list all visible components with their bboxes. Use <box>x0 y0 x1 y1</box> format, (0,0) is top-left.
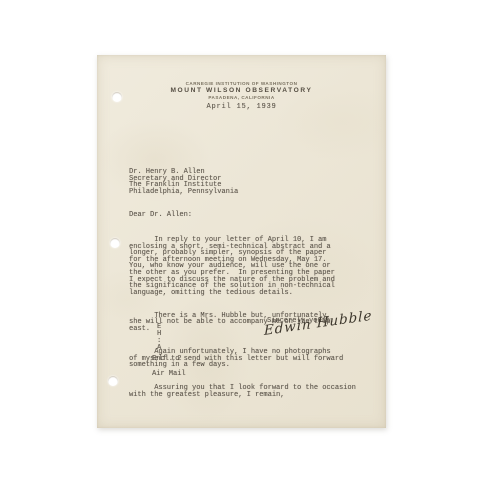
punch-hole-middle <box>110 238 120 248</box>
typist-initials: E H : A <box>157 324 161 352</box>
scan-background: CARNEGIE INSTITUTION OF WASHINGTON MOUNT… <box>0 0 480 480</box>
letter-paragraph-1: In reply to your letter of April 10, I a… <box>129 237 365 296</box>
punch-hole-bottom <box>108 376 118 386</box>
salutation: Dear Dr. Allen: <box>129 212 365 219</box>
letterhead-location: PASADENA, CALIFORNIA <box>97 95 386 101</box>
letterhead-name: MOUNT WILSON OBSERVATORY <box>97 87 386 95</box>
letterhead: CARNEGIE INSTITUTION OF WASHINGTON MOUNT… <box>97 81 386 111</box>
letter-page: CARNEGIE INSTITUTION OF WASHINGTON MOUNT… <box>97 55 386 428</box>
airmail-note: Air Mail <box>152 371 186 378</box>
letterhead-date: April 15, 1939 <box>97 104 386 111</box>
enclosure-note: Encl. 2 <box>152 356 181 363</box>
letter-paragraph-4: Assuring you that I look forward to the … <box>129 385 365 398</box>
recipient-address: Dr. Henry B. Allen Secretary and Directo… <box>129 169 365 195</box>
